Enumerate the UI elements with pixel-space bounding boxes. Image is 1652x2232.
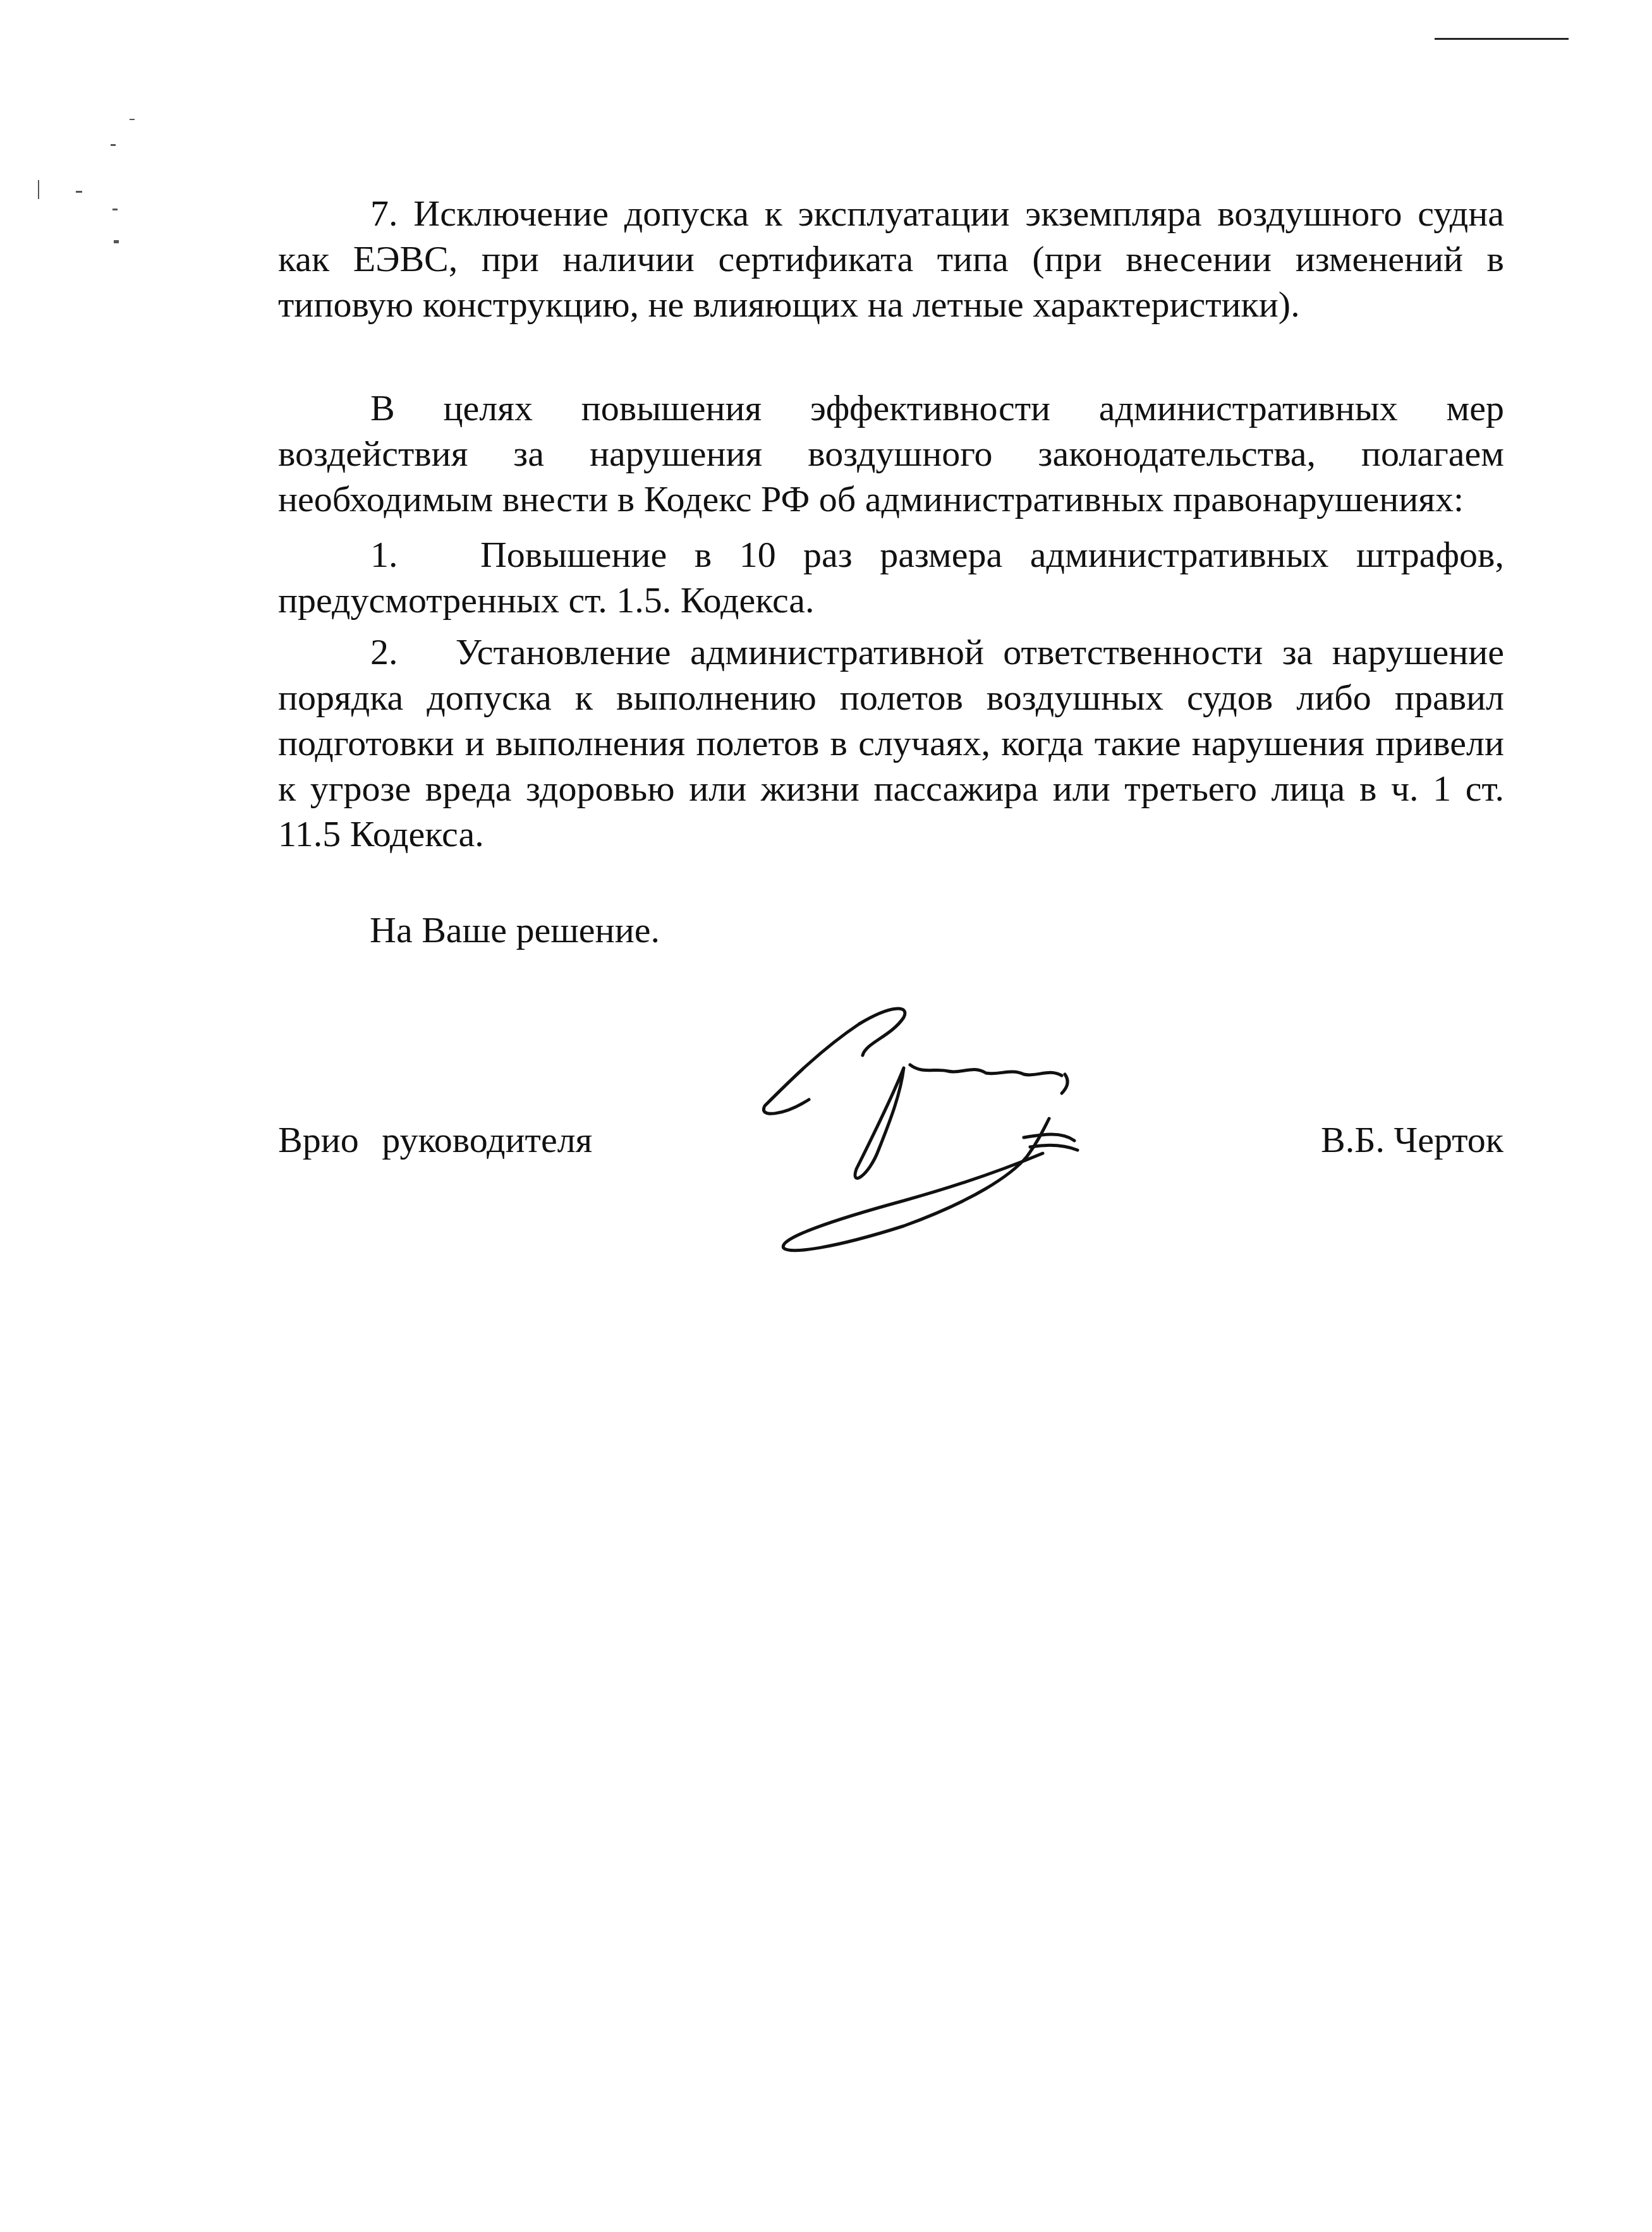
signatory-name: В.Б. Черток <box>1321 1117 1503 1163</box>
paragraph-intro: В целях повышения эффективности админист… <box>278 385 1504 522</box>
list-item-2-body: Установление административной ответствен… <box>278 631 1504 854</box>
list-item-1-number: 1. <box>370 534 398 575</box>
scan-artifacts <box>38 114 164 253</box>
closing-line: На Ваше решение. <box>370 907 1596 953</box>
intro-text: В целях повышения эффективности админист… <box>278 385 1504 522</box>
top-right-rule <box>1435 38 1569 40</box>
list-item-1-body: Повышение в 10 раз размера административ… <box>278 534 1504 621</box>
handwritten-signature-icon <box>746 1005 1226 1258</box>
document-page: 7. Исключение допуска к эксплуатации экз… <box>0 0 1652 2232</box>
list-item-2-text: 2. Установление административной ответст… <box>278 629 1504 857</box>
list-item-1: 1. Повышение в 10 раз размера администра… <box>278 532 1504 623</box>
paragraph-item-7: 7. Исключение допуска к эксплуатации экз… <box>278 191 1504 327</box>
list-item-1-text: 1. Повышение в 10 раз размера администра… <box>278 532 1504 623</box>
item-7-text: 7. Исключение допуска к эксплуатации экз… <box>278 191 1504 327</box>
signatory-title: Врио руководителя <box>278 1117 592 1163</box>
list-item-2-number: 2. <box>370 631 398 672</box>
list-item-2: 2. Установление административной ответст… <box>278 629 1504 857</box>
